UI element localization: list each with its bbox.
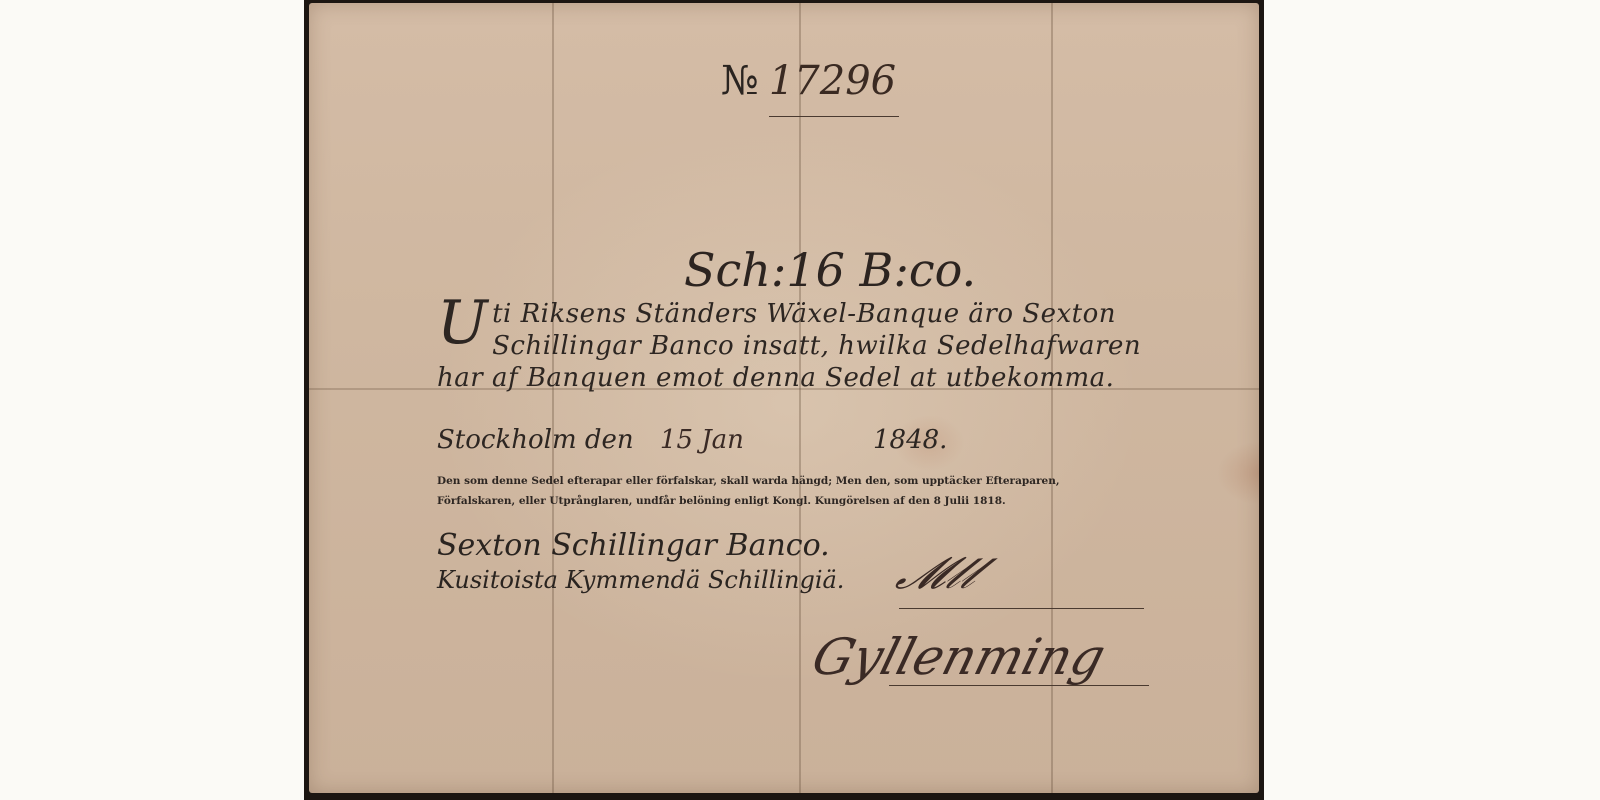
serial-prefix: №: [721, 58, 759, 104]
warning-text: Den som denne Sedel efterapar eller förf…: [437, 471, 1157, 511]
body-text: ti Riksens Ständers Wäxel-Banque äro Sex…: [437, 299, 1141, 393]
footer-denomination: Sexton Schillingar Banco. Kusitoista Kym…: [437, 528, 844, 596]
date-year: 1848.: [873, 425, 947, 455]
warning-line-2: Förfalskaren, eller Utprånglaren, undfår…: [437, 491, 1157, 511]
date-prefix: Stockholm den: [437, 425, 634, 455]
signature-1: 𝓜𝓁𝓁: [890, 548, 987, 599]
fold-line: [799, 3, 801, 793]
signature-line: [889, 685, 1149, 686]
signature-line: [899, 608, 1144, 609]
fold-line: [552, 3, 554, 793]
footer-finnish: Kusitoista Kymmendä Schillingiä.: [437, 564, 844, 596]
dropcap: U: [437, 298, 488, 348]
banknote: № 17296 Sch:16 B:co. U ti Riksens Stände…: [309, 3, 1259, 793]
warning-line-1: Den som denne Sedel efterapar eller förf…: [437, 471, 1157, 491]
handwritten-date: 15 Jan: [660, 425, 744, 455]
denomination-heading: Sch:16 B:co.: [684, 243, 976, 297]
footer-swedish: Sexton Schillingar Banco.: [437, 528, 844, 564]
serial-value: 17296: [769, 58, 896, 104]
serial-number: № 17296: [721, 58, 896, 104]
serial-underline: [769, 116, 899, 117]
signature-2: Gyllenming: [806, 628, 1111, 686]
note-body: U ti Riksens Ständers Wäxel-Banque äro S…: [437, 298, 1157, 394]
date-line: Stockholm den 15 Jan 1848.: [437, 425, 1157, 455]
